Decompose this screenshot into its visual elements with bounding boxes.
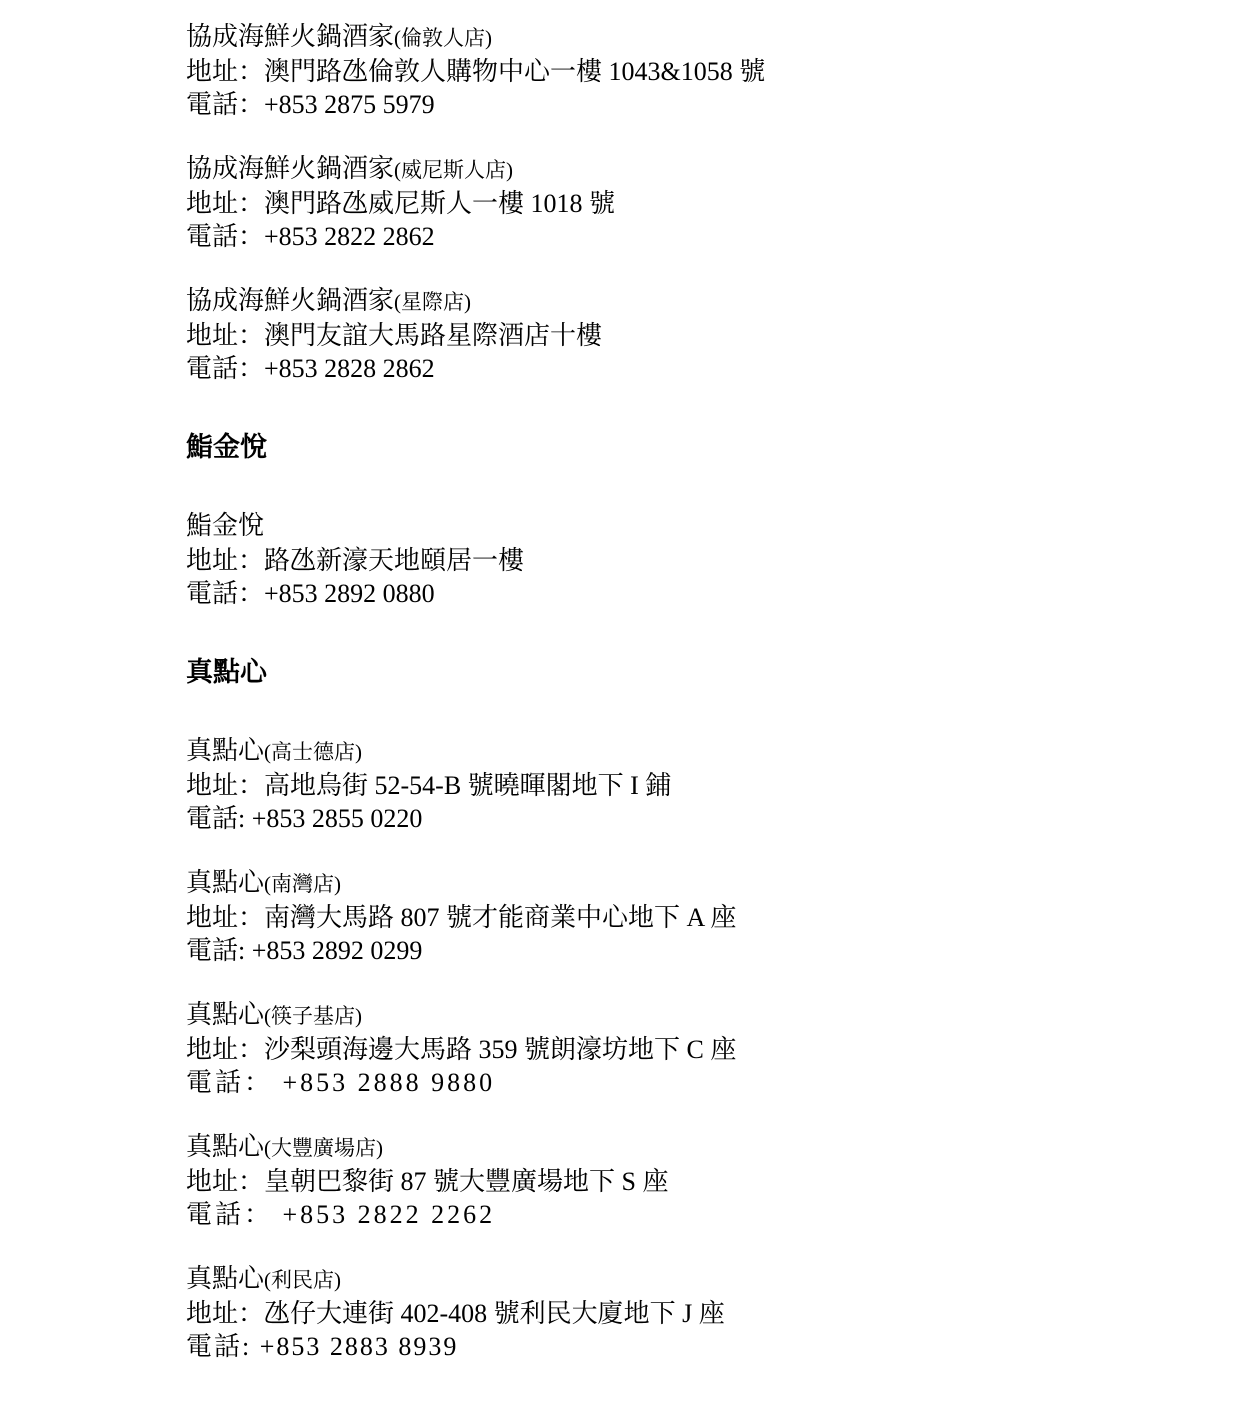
section-heading: 鮨金悅 (186, 430, 1191, 465)
restaurant-entry: 協成海鮮火鍋酒家(倫敦人店) 地址：澳門路氹倫敦人購物中心一樓 1043&105… (186, 20, 1191, 121)
restaurant-name-main: 協成海鮮火鍋酒家 (186, 154, 394, 183)
restaurant-name-main: 鮨金悅 (186, 511, 264, 540)
restaurant-branch: (大豐廣場店) (264, 1136, 383, 1160)
phone-line: 電話：+853 2875 5979 (186, 88, 1191, 121)
restaurant-name-main: 真點心 (186, 868, 264, 897)
restaurant-name-main: 協成海鮮火鍋酒家 (186, 286, 394, 315)
phone-line: 電話：+853 2892 0880 (186, 577, 1191, 610)
restaurant-entry: 真點心(高士德店) 地址：高地烏街 52-54-B 號曉暉閣地下 I 鋪 電話:… (186, 734, 1191, 835)
restaurant-branch: (高士德店) (264, 740, 362, 764)
address-line: 地址：沙梨頭海邊大馬路 359 號朗濠坊地下 C 座 (186, 1033, 1191, 1066)
restaurant-name-main: 真點心 (186, 1000, 264, 1029)
address-line: 地址：氹仔大連街 402-408 號利民大廈地下 J 座 (186, 1297, 1191, 1330)
restaurant-section-sushi-kam-yut: 鮨金悅 鮨金悅 地址：路氹新濠天地頤居一樓 電話：+853 2892 0880 (186, 430, 1191, 610)
phone-line: 電話： +853 2822 2262 (186, 1198, 1191, 1231)
restaurant-branch: (星際店) (394, 290, 471, 314)
restaurant-name-main: 協成海鮮火鍋酒家 (186, 22, 394, 51)
restaurant-name: 協成海鮮火鍋酒家(星際店) (186, 284, 1191, 319)
restaurant-name: 協成海鮮火鍋酒家(倫敦人店) (186, 20, 1191, 55)
restaurant-name-main: 真點心 (186, 1264, 264, 1293)
restaurant-entry: 協成海鮮火鍋酒家(威尼斯人店) 地址：澳門路氹威尼斯人一樓 1018 號 電話：… (186, 152, 1191, 253)
restaurant-name: 真點心(利民店) (186, 1262, 1191, 1297)
address-line: 地址：澳門路氹威尼斯人一樓 1018 號 (186, 187, 1191, 220)
restaurant-branch: (筷子基店) (264, 1004, 362, 1028)
address-line: 地址：高地烏街 52-54-B 號曉暉閣地下 I 鋪 (186, 769, 1191, 802)
address-line: 地址：澳門友誼大馬路星際酒店十樓 (186, 319, 1191, 352)
restaurant-name: 協成海鮮火鍋酒家(威尼斯人店) (186, 152, 1191, 187)
restaurant-branch: (威尼斯人店) (394, 158, 513, 182)
restaurant-entry: 鮨金悅 地址：路氹新濠天地頤居一樓 電話：+853 2892 0880 (186, 509, 1191, 610)
restaurant-branch: (倫敦人店) (394, 26, 492, 50)
phone-line: 電話：+853 2822 2862 (186, 220, 1191, 253)
restaurant-entry: 協成海鮮火鍋酒家(星際店) 地址：澳門友誼大馬路星際酒店十樓 電話：+853 2… (186, 284, 1191, 385)
restaurant-entry: 真點心(大豐廣場店) 地址：皇朝巴黎街 87 號大豐廣場地下 S 座 電話： +… (186, 1130, 1191, 1231)
phone-line: 電話：+853 2828 2862 (186, 352, 1191, 385)
restaurant-name: 鮨金悅 (186, 509, 1191, 544)
restaurant-name: 真點心(南灣店) (186, 866, 1191, 901)
phone-line: 電話: +853 2883 8939 (186, 1330, 1191, 1363)
address-line: 地址：皇朝巴黎街 87 號大豐廣場地下 S 座 (186, 1165, 1191, 1198)
address-line: 地址：澳門路氹倫敦人購物中心一樓 1043&1058 號 (186, 55, 1191, 88)
restaurant-entry: 真點心(南灣店) 地址：南灣大馬路 807 號才能商業中心地下 A 座 電話: … (186, 866, 1191, 967)
phone-line: 電話: +853 2855 0220 (186, 802, 1191, 835)
restaurant-name: 真點心(大豐廣場店) (186, 1130, 1191, 1165)
restaurant-name: 真點心(高士德店) (186, 734, 1191, 769)
restaurant-branch: (南灣店) (264, 872, 341, 896)
restaurant-section-jan-dim-sam: 真點心 真點心(高士德店) 地址：高地烏街 52-54-B 號曉暉閣地下 I 鋪… (186, 655, 1191, 1363)
address-line: 地址：路氹新濠天地頤居一樓 (186, 544, 1191, 577)
restaurant-name-main: 真點心 (186, 1132, 264, 1161)
restaurant-section-hip-seng: 協成海鮮火鍋酒家(倫敦人店) 地址：澳門路氹倫敦人購物中心一樓 1043&105… (186, 20, 1191, 385)
section-heading: 真點心 (186, 655, 1191, 690)
restaurant-entry: 真點心(筷子基店) 地址：沙梨頭海邊大馬路 359 號朗濠坊地下 C 座 電話：… (186, 998, 1191, 1099)
phone-line: 電話： +853 2888 9880 (186, 1066, 1191, 1099)
phone-line: 電話: +853 2892 0299 (186, 934, 1191, 967)
document-page: 協成海鮮火鍋酒家(倫敦人店) 地址：澳門路氹倫敦人購物中心一樓 1043&105… (0, 0, 1241, 1410)
address-line: 地址：南灣大馬路 807 號才能商業中心地下 A 座 (186, 901, 1191, 934)
restaurant-entry: 真點心(利民店) 地址：氹仔大連街 402-408 號利民大廈地下 J 座 電話… (186, 1262, 1191, 1363)
restaurant-branch: (利民店) (264, 1268, 341, 1292)
restaurant-name: 真點心(筷子基店) (186, 998, 1191, 1033)
restaurant-name-main: 真點心 (186, 736, 264, 765)
